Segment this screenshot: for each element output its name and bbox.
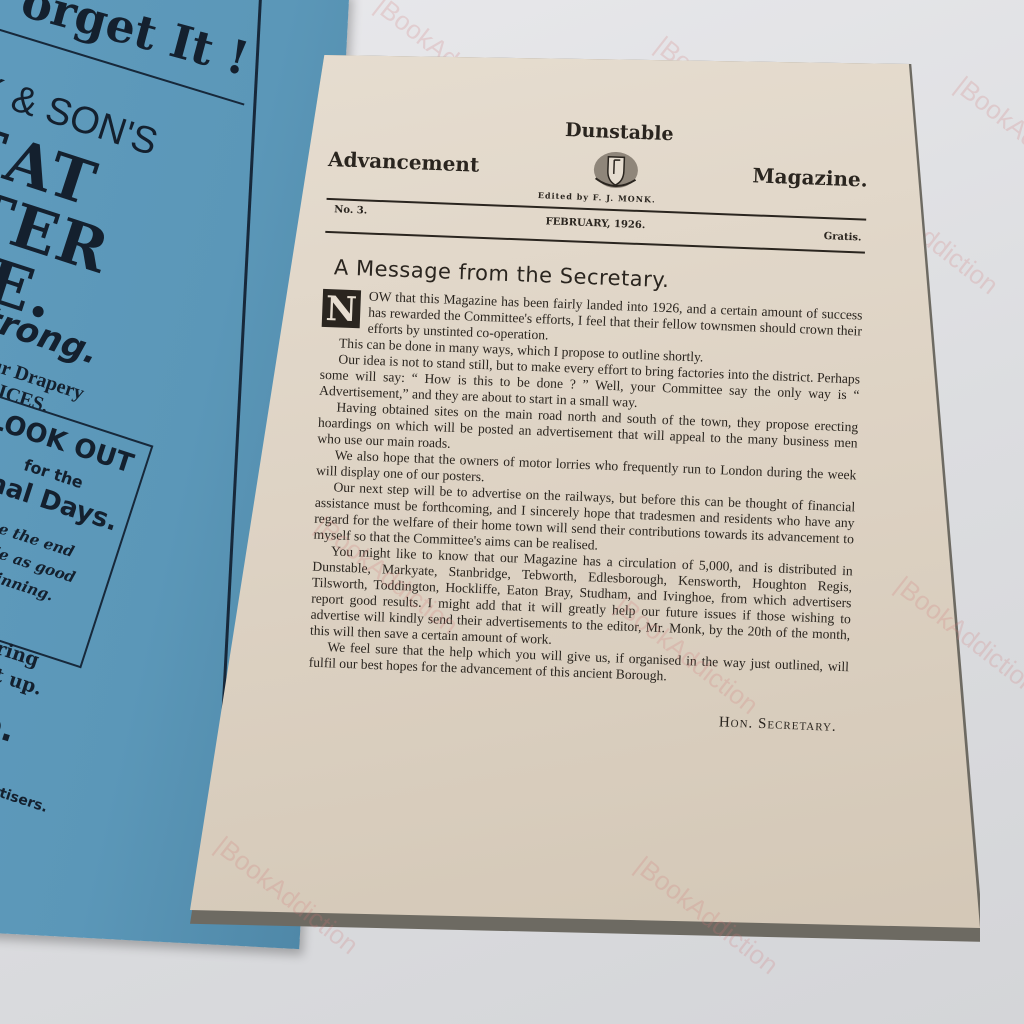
masthead-title-left: Advancement: [328, 147, 480, 177]
issue-price: Gratis.: [823, 231, 861, 243]
article-body: N OW that this Magazine has been fairly …: [308, 287, 862, 691]
watermark: |BookAddiction: [949, 70, 1024, 201]
masthead-title-right: Magazine.: [752, 163, 868, 191]
crest-icon: [591, 148, 641, 192]
issue-date: FEBRUARY, 1926.: [545, 216, 645, 235]
drop-cap: N: [322, 289, 361, 328]
issue-number: No. 3.: [334, 204, 368, 224]
page-content: Dunstable Advancement Magazine. Edited b…: [307, 110, 870, 736]
